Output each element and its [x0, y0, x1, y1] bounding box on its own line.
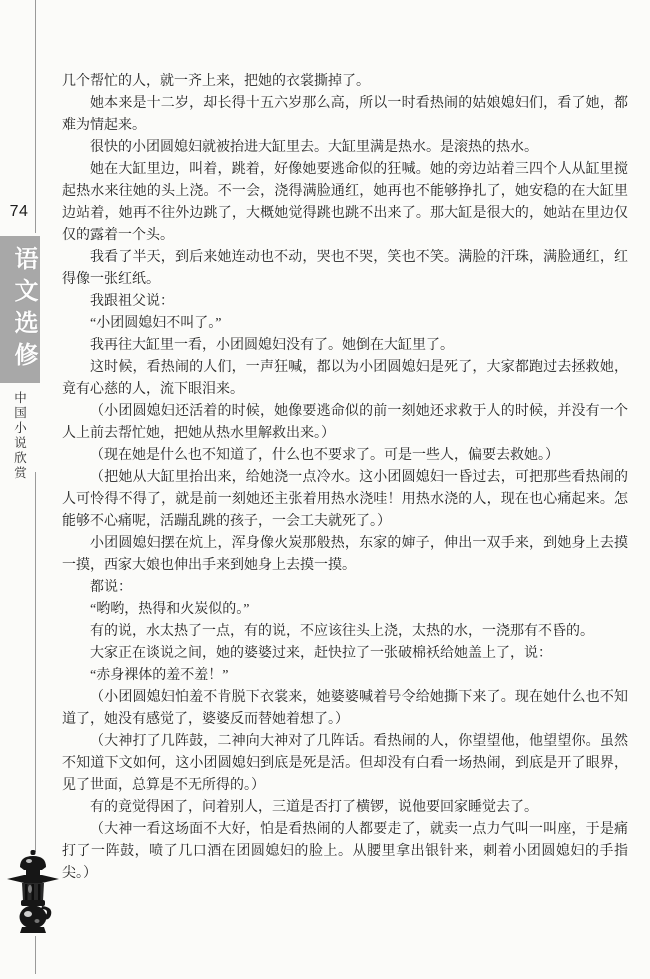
- body-text: 几个帮忙的人，就一齐上来，把她的衣裳撕掉了。她本来是十二岁，却长得十五六岁那么高…: [62, 71, 628, 885]
- margin-rule-top: [35, 0, 36, 233]
- margin-rule-bottom: [35, 936, 36, 974]
- paragraph: 有的说，水太热了一点，有的说，不应该往头上浇，太热的水，一浇那有不昏的。: [62, 621, 628, 643]
- paragraph: 小团圆媳妇摆在炕上，浑身像火炭那般热，东家的婶子，伸出一双手来，到她身上去摸一摸…: [62, 533, 628, 577]
- page-number: 74: [4, 203, 34, 221]
- paragraph: 我跟祖父说：: [62, 291, 628, 313]
- paragraph: 大家正在谈说之间，她的婆婆过来，赶快拉了一张破棉袄给她盖上了，说：: [62, 643, 628, 665]
- paragraph: （大神一看这场面不大好，怕是看热闹的人都要走了，就卖一点力气叫一叫座，于是痛打了…: [62, 819, 628, 885]
- paragraph: “哟哟，热得和火炭似的。”: [62, 599, 628, 621]
- paragraph: 很快的小团圆媳妇就被抬进大缸里去。大缸里满是热水。是滚热的热水。: [62, 137, 628, 159]
- paragraph: （小团圆媳妇还活着的时候，她像要逃命似的前一刻她还求救于人的时候，并没有一个人上…: [62, 401, 628, 445]
- paragraph: （大神打了几阵鼓，二神向大神对了几阵话。看热闹的人，你望望他，他望望你。虽然不知…: [62, 731, 628, 797]
- paragraph: 她在大缸里边，叫着，跳着，好像她要逃命似的狂喊。她的旁边站着三四个人从缸里搅起热…: [62, 159, 628, 247]
- paragraph: 都说：: [62, 577, 628, 599]
- paragraph: “小团圆媳妇不叫了。”: [62, 313, 628, 335]
- book-page: 74 语文选修 中国小说欣赏 几个帮忙的人，就一齐上来，把她的衣裳撕掉了。她本: [0, 0, 650, 979]
- paragraph: “赤身裸体的羞不羞！”: [62, 665, 628, 687]
- paragraph: 几个帮忙的人，就一齐上来，把她的衣裳撕掉了。: [62, 71, 628, 93]
- paragraph: 这时候，看热闹的人们，一声狂喊，都以为小团圆媳妇是死了，大家都跑过去拯救她，竟有…: [62, 357, 628, 401]
- kerosene-lamp-icon: [6, 849, 60, 937]
- margin-rule-middle: [35, 472, 36, 852]
- paragraph: （小团圆媳妇怕羞不肯脱下衣裳来，她婆婆喊着号令给她撕下来了。现在她什么也不知道了…: [62, 687, 628, 731]
- series-title: 语文选修: [11, 246, 35, 374]
- paragraph: （现在她是什么也不知道了，什么也不要求了。可是一些人，偏要去救她。）: [62, 445, 628, 467]
- series-title-block: 语文选修: [0, 236, 40, 383]
- paragraph: 我看了半天，到后来她连动也不动，哭也不哭，笑也不笑。满脸的汗珠，满脸通红，红得像…: [62, 247, 628, 291]
- paragraph: （把她从大缸里抬出来，给她浇一点冷水。这小团圆媳妇一昏过去，可把那些看热闹的人可…: [62, 467, 628, 533]
- paragraph: 我再往大缸里一看，小团圆媳妇没有了。她倒在大缸里了。: [62, 335, 628, 357]
- paragraph: 有的竟觉得困了，问着别人，三道是否打了横锣，说他要回家睡觉去了。: [62, 797, 628, 819]
- series-subtitle: 中国小说欣赏: [13, 391, 26, 481]
- paragraph: 她本来是十二岁，却长得十五六岁那么高，所以一时看热闹的姑娘媳妇们，看了她，都难为…: [62, 93, 628, 137]
